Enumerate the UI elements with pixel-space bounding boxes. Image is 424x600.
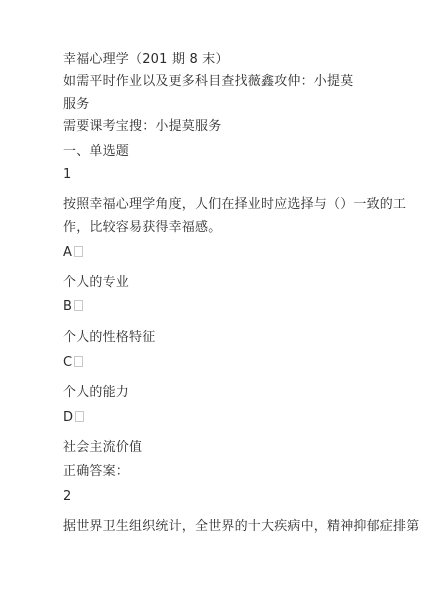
document-page: 幸福心理学（201 期 8 末） 如需平时作业以及更多科目查找薇鑫攻仲：小提莫 … — [0, 0, 424, 600]
question-number-2: 2 — [63, 489, 71, 505]
option-c-label: C — [63, 355, 83, 371]
checkbox-placeholder-icon — [74, 246, 83, 257]
checkbox-placeholder-icon — [75, 411, 84, 422]
checkbox-placeholder-icon — [74, 356, 83, 367]
option-letter: C — [63, 355, 72, 370]
question-number-1: 1 — [63, 167, 71, 183]
option-a-text: 个人的专业 — [63, 275, 129, 291]
option-d-text: 社会主流价值 — [63, 440, 142, 456]
section-heading: 一、单选题 — [63, 144, 129, 160]
question-1-text-line-2: 作，比较容易获得幸福感。 — [63, 220, 221, 236]
option-letter: A — [63, 245, 72, 260]
question-2-text-line-1: 据世界卫生组织统计，全世界的十大疾病中，精神抑郁症排第 — [63, 519, 419, 535]
option-letter: D — [63, 410, 73, 425]
option-letter: B — [63, 299, 72, 314]
checkbox-placeholder-icon — [74, 300, 83, 311]
option-b-text: 个人的性格特征 — [63, 330, 155, 346]
option-a-label: A — [63, 245, 83, 261]
option-b-label: B — [63, 299, 83, 315]
promo-line-2: 服务 — [63, 97, 89, 113]
promo-line-3: 需要课考宝搜：小提莫服务 — [63, 119, 221, 135]
promo-line-1: 如需平时作业以及更多科目查找薇鑫攻仲：小提莫 — [63, 74, 353, 90]
document-title: 幸福心理学（201 期 8 末） — [63, 52, 229, 68]
option-c-text: 个人的能力 — [63, 385, 129, 401]
question-1-text-line-1: 按照幸福心理学角度，人们在择业时应选择与（）一致的工 — [63, 197, 406, 213]
answer-label: 正确答案： — [63, 464, 129, 480]
option-d-label: D — [63, 410, 84, 426]
